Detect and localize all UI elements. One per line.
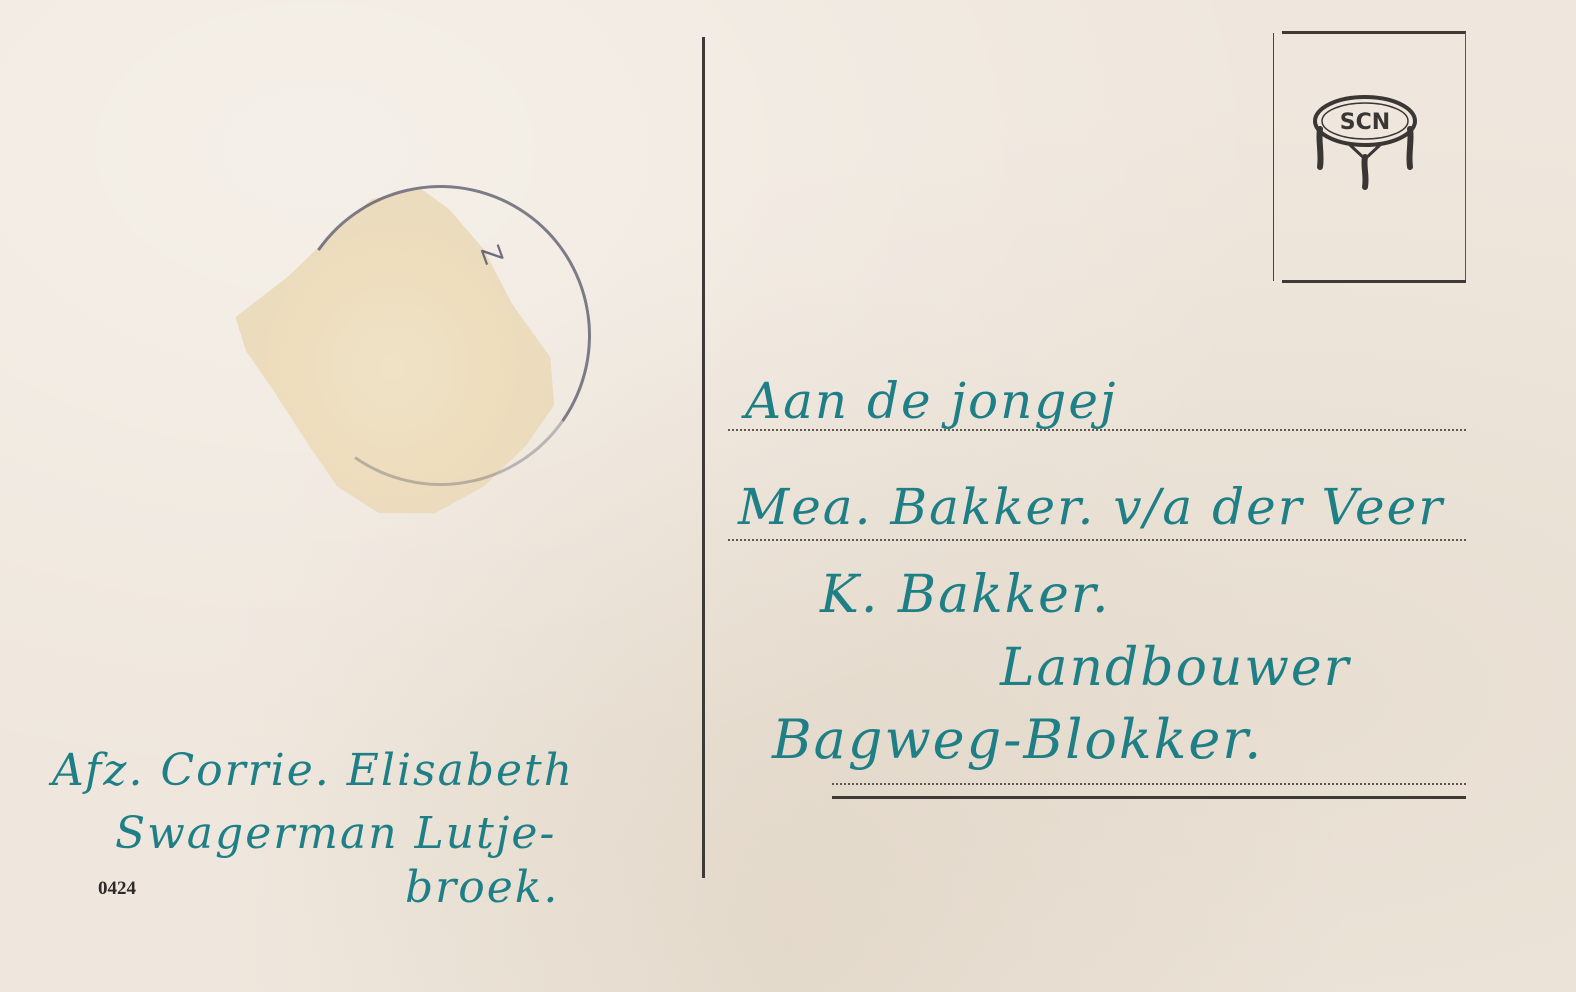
sender-line-text: broek.	[405, 862, 559, 913]
address-line-text: Landbouwer	[1000, 638, 1351, 698]
stamp-box-top-rule	[1282, 31, 1466, 34]
address-line-text: Mea. Bakker. v/a der Veer	[738, 478, 1444, 536]
stamp-box-right-rule	[1465, 33, 1467, 281]
address-line-3	[832, 783, 1466, 785]
center-divider-line	[702, 37, 705, 878]
address-line-2	[728, 539, 1466, 541]
address-line-text: K. Bakker.	[820, 565, 1111, 625]
stamp-box-bottom-rule	[1282, 280, 1466, 283]
sender-line-text: Afz. Corrie. Elisabeth	[52, 745, 574, 796]
address-underline	[832, 796, 1466, 799]
sender-line-text: Swagerman Lutje-	[115, 808, 556, 859]
print-number: 0424	[98, 878, 136, 900]
stamp-box: SCN	[1273, 33, 1466, 281]
address-line-text: Bagweg-Blokker.	[772, 708, 1263, 771]
logo-text: SCN	[1340, 110, 1390, 135]
publisher-table-logo-icon: SCN	[1310, 91, 1420, 197]
address-line-text: Aan de jongej	[745, 372, 1117, 430]
postcard: Z SCN Aan de jongej Mea. Bakker. v/a der…	[0, 0, 1576, 992]
